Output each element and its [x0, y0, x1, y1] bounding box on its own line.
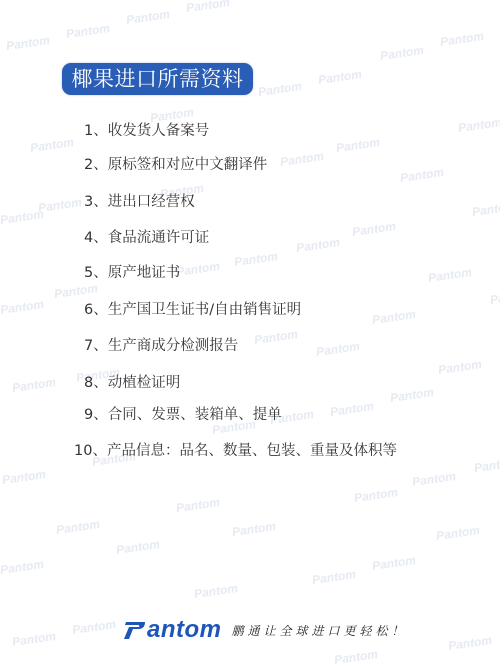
footer-brand: antom 鹏通让全球进口更轻松！	[124, 616, 408, 644]
watermark: Pantom	[447, 633, 493, 653]
list-item: 6、生产国卫生证书/自由销售证明	[84, 301, 301, 319]
watermark: Pantom	[11, 629, 57, 649]
watermark: Pantom	[437, 357, 483, 377]
brand-slogan: 鹏通让全球进口更轻松！	[232, 622, 408, 639]
watermark: Pantom	[193, 581, 239, 601]
watermark: Pantom	[315, 339, 361, 359]
pantom-logo-mark-icon	[124, 619, 146, 641]
watermark: Pantom	[489, 287, 500, 307]
watermark: Pantom	[253, 327, 299, 347]
watermark: Pantom	[399, 165, 445, 185]
watermark: Pantom	[389, 385, 435, 405]
watermark: Pantom	[295, 235, 341, 255]
watermark: Pantom	[1, 467, 47, 487]
brand-name: antom	[147, 616, 222, 644]
list-item: 2、原标签和对应中文翻译件	[84, 156, 267, 174]
watermark: Pantom	[329, 399, 375, 419]
watermark: Pantom	[457, 115, 500, 135]
watermark: Pantom	[37, 195, 83, 215]
watermark: Pantom	[231, 519, 277, 539]
page-title: 椰果进口所需资料	[62, 63, 253, 95]
watermark: Pantom	[125, 7, 171, 27]
watermark: Pantom	[5, 33, 51, 53]
watermark: Pantom	[473, 455, 500, 475]
list-item: 9、合同、发票、装箱单、提单	[84, 406, 282, 424]
watermark: Pantom	[11, 375, 57, 395]
list-item: 5、原产地证书	[84, 264, 180, 282]
watermark-layer: Pantom Pantom Pantom Pantom Pantom Panto…	[0, 0, 500, 667]
watermark: Pantom	[317, 67, 363, 87]
watermark: Pantom	[311, 567, 357, 587]
watermark: Pantom	[185, 0, 231, 15]
watermark: Pantom	[411, 469, 457, 489]
watermark: Pantom	[115, 537, 161, 557]
watermark: Pantom	[439, 29, 485, 49]
watermark: Pantom	[371, 307, 417, 327]
watermark: Pantom	[29, 135, 75, 155]
watermark: Pantom	[427, 265, 473, 285]
watermark: Pantom	[279, 149, 325, 169]
watermark: Pantom	[335, 135, 381, 155]
watermark: Pantom	[53, 281, 99, 301]
watermark: Pantom	[71, 617, 117, 637]
list-item: 10、产品信息：品名、数量、包装、重量及体积等	[74, 442, 397, 460]
list-item: 8、动植检证明	[84, 374, 180, 392]
watermark: Pantom	[65, 21, 111, 41]
watermark: Pantom	[175, 495, 221, 515]
watermark: Pantom	[0, 207, 45, 227]
list-item: 7、生产商成分检测报告	[84, 337, 238, 355]
list-item: 4、食品流通许可证	[84, 229, 209, 247]
list-item: 3、进出口经营权	[84, 193, 195, 211]
watermark: Pantom	[351, 219, 397, 239]
pantom-logo: antom	[124, 616, 222, 644]
watermark: Pantom	[55, 517, 101, 537]
watermark: Pantom	[353, 485, 399, 505]
watermark: Pantom	[257, 79, 303, 99]
watermark: Pantom	[333, 647, 379, 667]
watermark: Pantom	[435, 523, 481, 543]
watermark: Pantom	[379, 43, 425, 63]
watermark: Pantom	[233, 249, 279, 269]
watermark: Pantom	[0, 557, 45, 577]
watermark: Pantom	[0, 297, 45, 317]
watermark: Pantom	[175, 259, 221, 279]
list-item: 1、收发货人备案号	[84, 122, 209, 140]
watermark: Pantom	[471, 199, 500, 219]
watermark: Pantom	[371, 553, 417, 573]
